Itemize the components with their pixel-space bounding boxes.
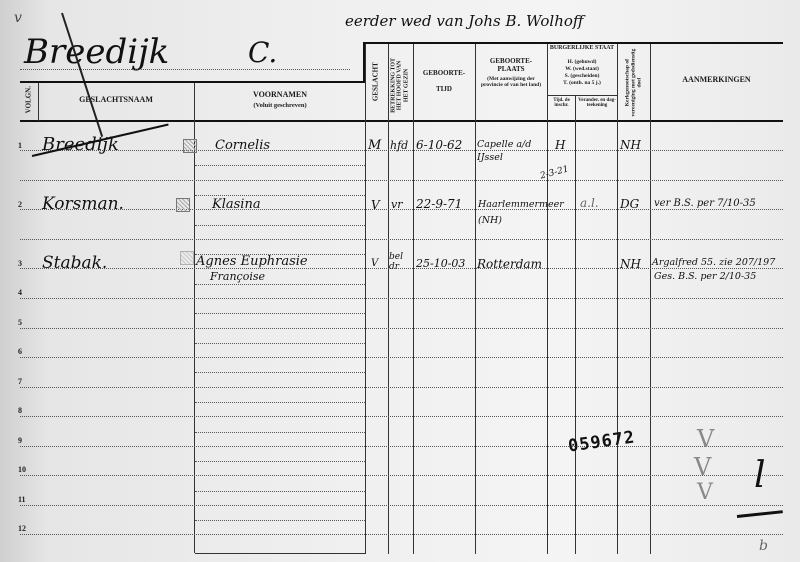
row1-sex: M (368, 138, 381, 153)
row-rule-7 (20, 328, 783, 329)
header-bs-t: T. (onth. na 5 j.) (548, 81, 616, 87)
col-line-voornamen (365, 44, 366, 554)
row-number: 4 (18, 288, 22, 297)
row-rule-6 (20, 298, 783, 299)
row2-birthdate: 22-9-71 (416, 197, 462, 211)
row-number: 6 (18, 347, 22, 356)
margin-mark: V (697, 425, 714, 453)
row-number: 2 (18, 200, 22, 209)
header-bs-h: H. (gehuwd) (548, 60, 616, 66)
header-geslachtsnaam: GESLACHTSNAAM (38, 96, 194, 104)
row2-firstnames: Klasina (212, 197, 261, 212)
row3-firstnames: Agnes Euphrasie (196, 254, 308, 269)
col-line-kerk (650, 44, 651, 554)
col-line-betrekking (413, 44, 414, 554)
row3-remarks: Argalfred 55. zie 207/197 (652, 257, 775, 268)
row2-birthplace-note: 2-3-21 (539, 164, 570, 181)
archive-number-stamp: 059672 (567, 427, 637, 456)
margin-mark: V (697, 480, 713, 505)
header-geboortetijd-2: TIJD (413, 86, 475, 93)
header-bs-s: S. (gescheiden) (548, 74, 616, 80)
col-line-geslachtsnaam (194, 83, 195, 553)
surname-heading: Breedijk (24, 32, 169, 72)
row2-birthplace: Haarlemmermeer (NH) (478, 197, 548, 229)
header-kerkgenootschap: Kerkgenootschap of vereeniging met godsd… (625, 47, 642, 119)
row-number: 7 (18, 377, 22, 386)
header-betrekking: BETREKKING TOT HET HOOFD VAN HET GEZIN (391, 57, 410, 113)
row-rule-9 (20, 387, 783, 388)
row2-status-change: a.l. (580, 196, 599, 210)
row2-religion: DG (620, 197, 639, 211)
row-number: 11 (18, 495, 26, 504)
header-voornamen: VOORNAMEN (195, 91, 365, 99)
row1-birthplace: Capelle a/d IJssel (477, 138, 545, 164)
initial-heading: C. (248, 36, 277, 69)
voornamen-subrule-1 (195, 165, 365, 166)
voornamen-subrule-6 (195, 313, 365, 314)
voornamen-subrule-3 (195, 225, 365, 226)
corner-note: l (754, 455, 766, 496)
header-geboorteplaats-sub: (Met aanwijzing der provincie of van het… (478, 77, 544, 89)
row-number: 1 (18, 141, 22, 150)
voornamen-subrule-2 (195, 195, 365, 196)
heading-underline (20, 69, 350, 70)
row2-surname: Korsman. (42, 194, 124, 214)
voornamen-subrule-9 (195, 402, 365, 403)
row-number: 10 (18, 465, 26, 474)
row3-checkbox[interactable] (180, 251, 194, 265)
header-geslacht: GESLACHT (372, 57, 379, 107)
row1-religion: NH (620, 138, 641, 152)
bottom-corner-mark: b (759, 538, 768, 554)
col-line-geslacht (388, 44, 389, 554)
voornamen-subrule-5 (195, 284, 365, 285)
voornamen-subrule-11 (195, 461, 365, 462)
header-bottom (20, 120, 783, 122)
header-top-right (363, 42, 783, 44)
row2-sex: V (371, 198, 380, 212)
col-line-geboortetijd (475, 44, 476, 554)
row1-firstnames: Cornelis (215, 138, 270, 153)
voornamen-subrule-12 (195, 491, 365, 492)
row-number: 5 (18, 318, 22, 327)
bs-subdivider (547, 95, 617, 96)
header-volgn: VOLGN. (25, 85, 32, 115)
corner-note-underline (737, 510, 783, 518)
row1-status: H (555, 138, 565, 152)
header-geboorteplaats-2: PLAATS (475, 66, 547, 73)
row3-remarks-2: Ges. B.S. per 2/10-35 (654, 271, 756, 282)
row3-birthdate: 25-10-03 (416, 257, 465, 270)
row-number: 8 (18, 406, 22, 415)
header-aanmerkingen: AANMERKINGEN (650, 76, 783, 84)
row2-relation: vr (391, 198, 402, 211)
row2-checkbox[interactable] (176, 198, 190, 212)
margin-mark: V (694, 453, 711, 481)
row2-remarks: ver B.S. per 7/10-35 (654, 198, 756, 209)
row-rule-11 (20, 446, 783, 447)
row3-surname: Stabak. (42, 253, 107, 273)
row-rule-14 (20, 534, 783, 535)
row-number: 12 (18, 524, 26, 533)
col-line-verander (617, 44, 618, 554)
top-annotation: eerder wed van Johs B. Wolhoff (345, 12, 584, 30)
corner-mark: v (14, 10, 22, 26)
voornamen-subrule-8 (195, 372, 365, 373)
header-burgerlijke-staat: BURGERLIJKE STAAT (548, 45, 616, 51)
header-tijd-inschr: Tijd. de inschr. (548, 98, 575, 109)
registration-card: v Breedijk C. eerder wed van Johs B. Wol… (0, 0, 800, 562)
header-voornamen-sub: (Voluit geschreven) (195, 103, 365, 110)
header-bs-w: W. (wed.staat) (548, 67, 616, 73)
row1-relation: hfd (390, 139, 408, 152)
row-rule-8 (20, 357, 783, 358)
voornamen-subrule-10 (195, 432, 365, 433)
voornamen-bottom (195, 553, 365, 554)
row-rule-13 (20, 505, 783, 506)
row3-sex: V (371, 258, 378, 269)
row-rule-2 (20, 180, 783, 181)
col-line-tijd (575, 95, 576, 554)
row3-firstnames-2: Françoise (210, 270, 265, 283)
col-line-geboorteplaats (547, 44, 548, 554)
header-geboortetijd-1: GEBOORTE- (413, 70, 475, 77)
header-verander: Verander. en dag-teekening (577, 98, 617, 109)
row-number: 3 (18, 259, 22, 268)
row3-religion: NH (620, 257, 641, 271)
row-rule-4 (20, 239, 783, 240)
row-number: 9 (18, 436, 22, 445)
row-rule-12 (20, 475, 783, 476)
row1-checkbox[interactable] (183, 139, 197, 153)
row3-birthplace: Rotterdam (477, 257, 542, 271)
row1-birthdate: 6-10-62 (416, 138, 462, 152)
voornamen-subrule-7 (195, 343, 365, 344)
voornamen-subrule-13 (195, 520, 365, 521)
row-rule-10 (20, 416, 783, 417)
row3-relation: bel dr (389, 252, 409, 272)
header-top-left (20, 81, 365, 83)
